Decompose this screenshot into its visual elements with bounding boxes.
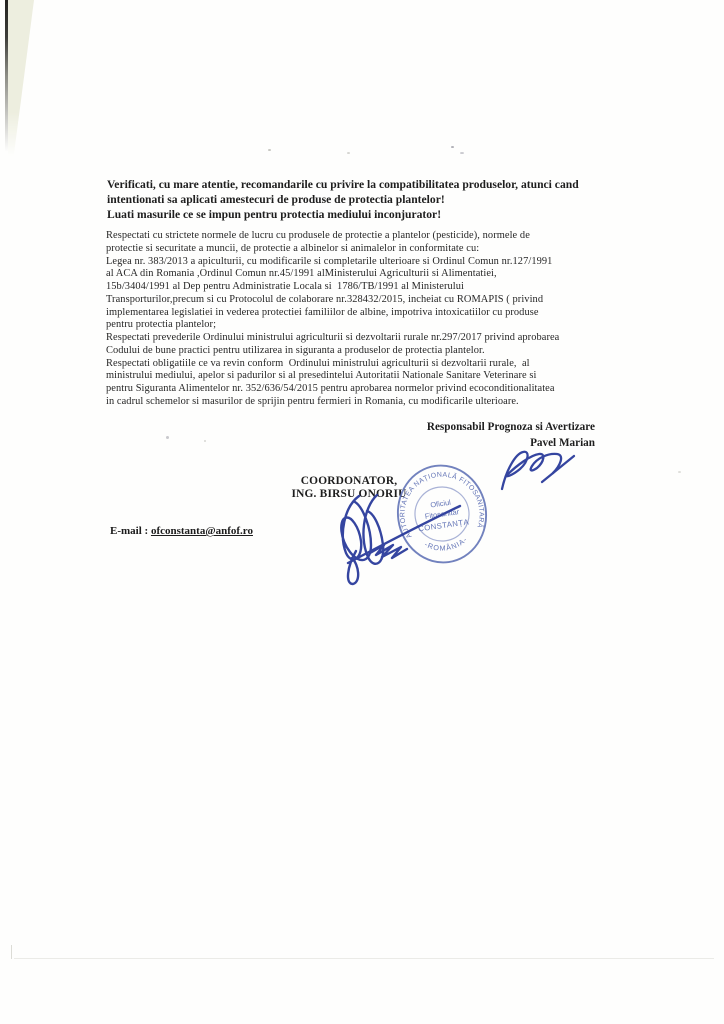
email-address: ofconstanta@anfof.ro <box>151 525 253 537</box>
text-line: in cadrul schemelor si masurilor de spri… <box>106 396 631 409</box>
warning-paragraph: Verificati, cu mare atentie, recomandari… <box>107 177 627 222</box>
text-line: Luati masurile ce se impun pentru protec… <box>107 207 627 222</box>
scan-edge-tick <box>11 945 12 959</box>
text-line: intentionati sa aplicati amestecuri de p… <box>107 192 627 207</box>
email-label: E-mail : <box>110 525 151 537</box>
scan-speck <box>451 146 454 148</box>
scan-bottom-edge <box>14 958 714 959</box>
scan-speck <box>460 152 464 154</box>
scan-speck <box>347 152 350 154</box>
text-line: al ACA din Romania ,Ordinul Comun nr.45/… <box>106 268 631 281</box>
text-line: pentru protectia plantelor; <box>106 319 631 332</box>
text-line: Respectati cu strictete normele de lucru… <box>106 230 631 243</box>
text-line: ministrului mediului, apelor si padurilo… <box>106 370 631 383</box>
text-line: implementarea legislatiei in vederea pro… <box>106 307 631 320</box>
scan-speck <box>166 436 169 439</box>
scan-fold-line <box>5 0 8 165</box>
scan-fold-wedge <box>8 0 34 156</box>
text-line: Transporturilor,precum si cu Protocolul … <box>106 294 631 307</box>
text-line: protectie si securitate a muncii, de pro… <box>106 243 631 256</box>
text-line: Legea nr. 383/2013 a apiculturii, cu mod… <box>106 256 631 269</box>
email-line: E-mail : ofconstanta@anfof.ro <box>110 525 253 537</box>
text-line: pentru Siguranta Alimentelor nr. 352/636… <box>106 383 631 396</box>
text-line: 15b/3404/1991 al Dep pentru Administrati… <box>106 281 631 294</box>
text-line: Codului de bune practici pentru utilizar… <box>106 345 631 358</box>
body-paragraph: Respectati cu strictete normele de lucru… <box>106 230 631 409</box>
birsu-onoriu-signature-ink <box>314 487 466 591</box>
pavel-marian-signature-ink <box>494 444 582 498</box>
text-line: Respectati obligatiile ce va revin confo… <box>106 358 631 371</box>
text-line: Verificati, cu mare atentie, recomandari… <box>107 177 627 192</box>
scan-speck <box>678 471 681 473</box>
text-line: Respectati prevederile Ordinului ministr… <box>106 332 631 345</box>
scan-speck <box>268 149 271 151</box>
scan-speck <box>204 440 206 442</box>
scanned-document-page: Verificati, cu mare atentie, recomandari… <box>0 0 724 1024</box>
responsible-title: Responsabil Prognoza si Avertizare <box>427 420 595 436</box>
